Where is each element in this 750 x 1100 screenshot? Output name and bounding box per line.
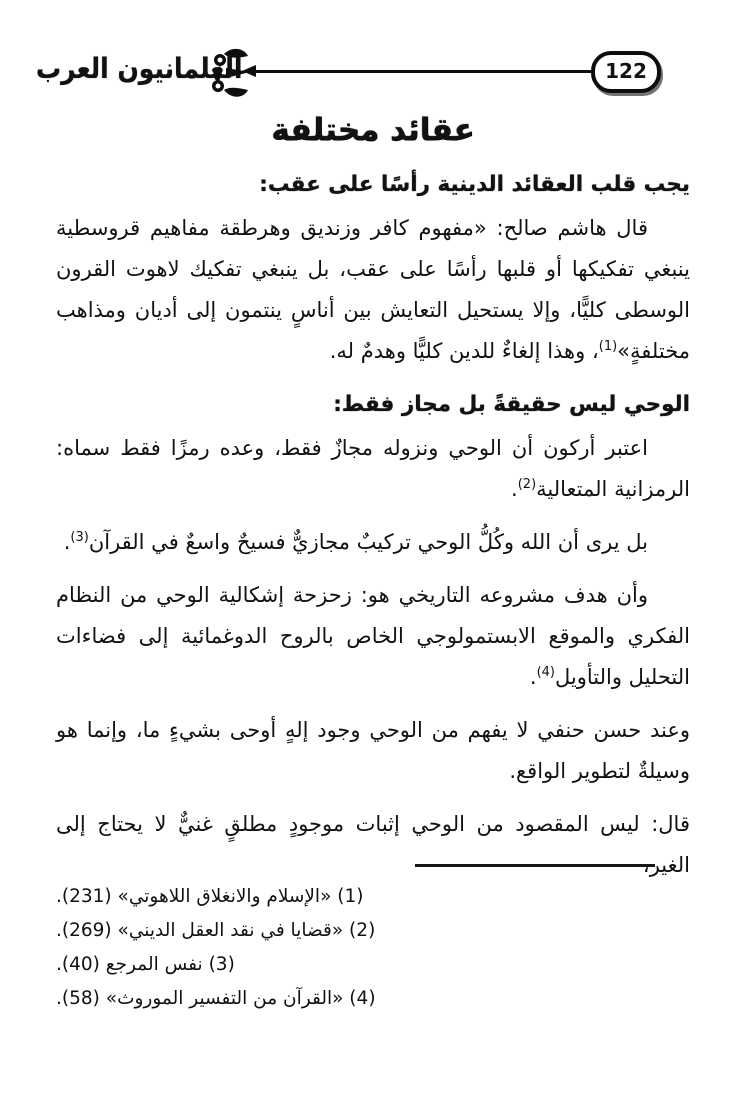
body-content: يجب قلب العقائد الدينية رأسًا على عقب:قا…: [56, 170, 690, 886]
footnote-item: (3) نفس المرجع (40).: [56, 948, 688, 982]
book-page: العلمانيون العرب 122 عقائد مختلفة يجب قل…: [0, 0, 750, 1100]
body-paragraph: قال هاشم صالح: «مفهوم كافر وزنديق وهرطقة…: [56, 208, 690, 372]
page-number-badge: 122: [591, 51, 661, 93]
footnote-item: (2) «قضايا في نقد العقل الديني» (269).: [56, 914, 688, 948]
footnote-marker: (3): [70, 530, 88, 545]
body-paragraph: قال: ليس المقصود من الوحي إثبات موجودٍ م…: [56, 804, 690, 886]
section-heading: الوحي ليس حقيقةً بل مجاز فقط:: [56, 390, 690, 420]
footnote-list: (1) «الإسلام والانغلاق اللاهوتي» (231).(…: [56, 880, 688, 1016]
footnote-marker: (2): [518, 477, 536, 492]
page-header: العلمانيون العرب 122: [0, 46, 750, 106]
footnote-item: (4) «القرآن من التفسير الموروث» (58).: [56, 982, 688, 1016]
footnote-marker: (4): [537, 665, 555, 680]
footnote-marker: (1): [599, 339, 617, 354]
body-paragraph: بل يرى أن الله وكُلُّ الوحي تركيبٌ مجازي…: [56, 522, 690, 563]
page-body: عقائد مختلفة يجب قلب العقائد الدينية رأس…: [56, 112, 690, 898]
body-paragraph: وعند حسن حنفي لا يفهم من الوحي وجود إلهٍ…: [56, 710, 690, 792]
body-paragraph: وأن هدف مشروعه التاريخي هو: زحزحة إشكالي…: [56, 575, 690, 698]
body-paragraph: اعتبر أركون أن الوحي ونزوله مجازٌ فقط، و…: [56, 428, 690, 510]
page-title: عقائد مختلفة: [56, 112, 690, 148]
footnote-item: (1) «الإسلام والانغلاق اللاهوتي» (231).: [56, 880, 688, 914]
section-heading: يجب قلب العقائد الدينية رأسًا على عقب:: [56, 170, 690, 200]
header-rule: [254, 70, 594, 73]
footnote-separator: [415, 864, 655, 867]
